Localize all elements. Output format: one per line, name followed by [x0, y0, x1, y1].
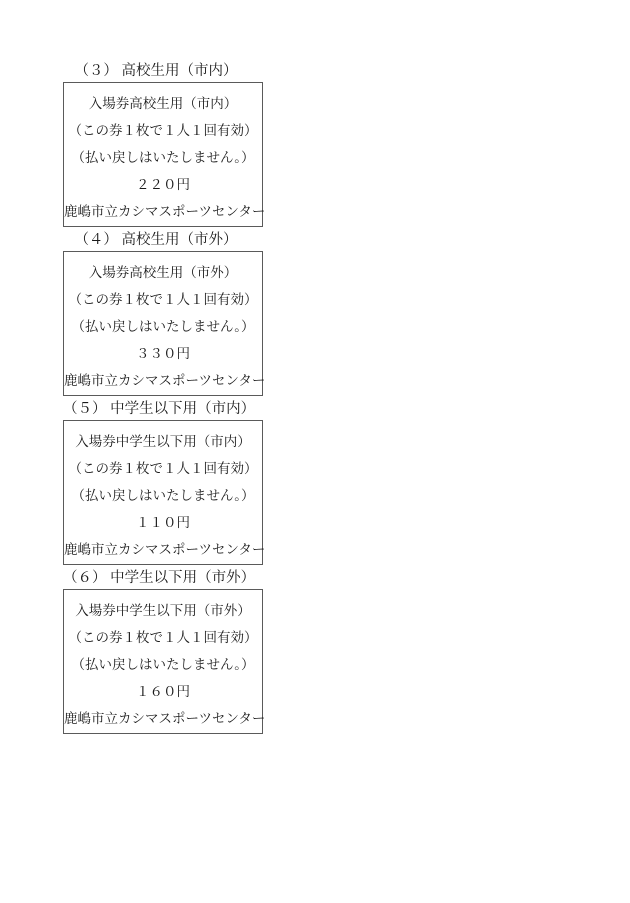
ticket-price: ２２０円 — [64, 171, 262, 198]
ticket-box: 入場券中学生以下用（市内） （この券１枚で１人１回有効） （払い戻しはいたしませ… — [63, 420, 263, 565]
ticket-issuer: 鹿嶋市立カシマスポーツセンター — [64, 705, 262, 732]
ticket-issuer: 鹿嶋市立カシマスポーツセンター — [64, 198, 262, 225]
section-heading: （６） 中学生以下用（市外） — [63, 569, 263, 587]
ticket-issuer: 鹿嶋市立カシマスポーツセンター — [64, 367, 262, 394]
ticket-title: 入場券中学生以下用（市外） — [64, 597, 262, 624]
ticket-price: ３３０円 — [64, 340, 262, 367]
ticket-refund-note: （払い戻しはいたしません。） — [64, 313, 262, 340]
section-heading: （４） 高校生用（市外） — [63, 231, 263, 249]
section-high-school-outside: （４） 高校生用（市外） 入場券高校生用（市外） （この券１枚で１人１回有効） … — [63, 231, 263, 396]
section-junior-high-city: （５） 中学生以下用（市内） 入場券中学生以下用（市内） （この券１枚で１人１回… — [63, 400, 263, 565]
ticket-price: １６０円 — [64, 678, 262, 705]
ticket-title: 入場券高校生用（市内） — [64, 90, 262, 117]
ticket-title: 入場券中学生以下用（市内） — [64, 428, 262, 455]
ticket-refund-note: （払い戻しはいたしません。） — [64, 651, 262, 678]
ticket-box: 入場券高校生用（市内） （この券１枚で１人１回有効） （払い戻しはいたしません。… — [63, 82, 263, 227]
section-high-school-city: （３） 高校生用（市内） 入場券高校生用（市内） （この券１枚で１人１回有効） … — [63, 62, 263, 227]
ticket-validity-note: （この券１枚で１人１回有効） — [64, 624, 262, 651]
ticket-validity-note: （この券１枚で１人１回有効） — [64, 117, 262, 144]
ticket-title: 入場券高校生用（市外） — [64, 259, 262, 286]
ticket-issuer: 鹿嶋市立カシマスポーツセンター — [64, 536, 262, 563]
ticket-refund-note: （払い戻しはいたしません。） — [64, 144, 262, 171]
section-heading: （３） 高校生用（市内） — [63, 62, 263, 80]
section-heading: （５） 中学生以下用（市内） — [63, 400, 263, 418]
ticket-box: 入場券中学生以下用（市外） （この券１枚で１人１回有効） （払い戻しはいたしませ… — [63, 589, 263, 734]
ticket-validity-note: （この券１枚で１人１回有効） — [64, 286, 262, 313]
ticket-refund-note: （払い戻しはいたしません。） — [64, 482, 262, 509]
ticket-box: 入場券高校生用（市外） （この券１枚で１人１回有効） （払い戻しはいたしません。… — [63, 251, 263, 396]
ticket-validity-note: （この券１枚で１人１回有効） — [64, 455, 262, 482]
ticket-price: １１０円 — [64, 509, 262, 536]
ticket-samples-column: （３） 高校生用（市内） 入場券高校生用（市内） （この券１枚で１人１回有効） … — [63, 62, 263, 734]
section-junior-high-outside: （６） 中学生以下用（市外） 入場券中学生以下用（市外） （この券１枚で１人１回… — [63, 569, 263, 734]
